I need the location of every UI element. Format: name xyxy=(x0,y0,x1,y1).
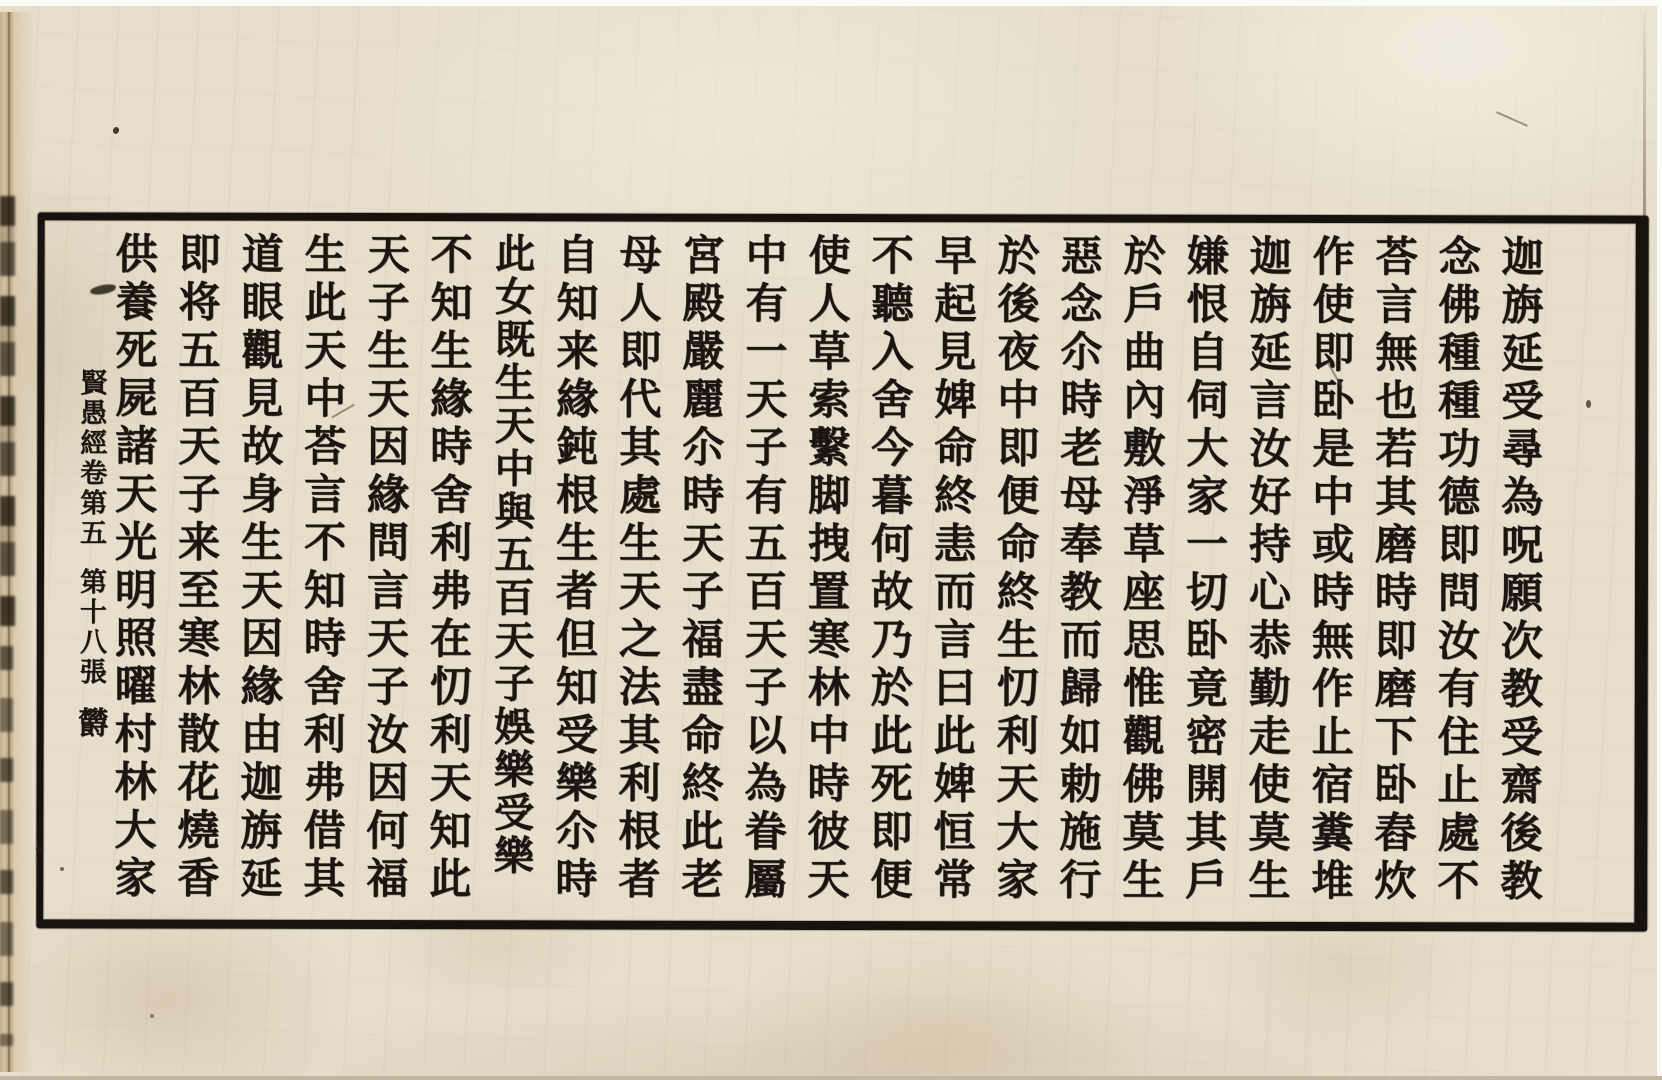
ink-speck xyxy=(150,1014,154,1018)
text-column-4: 作使即卧是中或時無作止宿糞堆 xyxy=(1298,234,1362,909)
text-column-20: 生此天中荅言不知時舍利弗借其 xyxy=(290,232,354,907)
text-column-2: 念佛種種功德即問汝有住止處不 xyxy=(1424,234,1488,909)
text-column-5: 迦旃延言汝好持心恭勤走使莫生 xyxy=(1235,234,1299,909)
text-column-21: 道眼觀見故身生天因緣由迦旃延 xyxy=(227,232,291,907)
text-column-15: 母人即代其處生天之法其利根者 xyxy=(605,233,669,908)
paper-sheet: 迦旃延受尋為呪願次教受齋後教 念佛種種功德即問汝有住止處不 荅言無也若其磨時即磨… xyxy=(0,6,1657,1076)
text-column-6: 嫌恨自伺大家一切卧竟密開其戶 xyxy=(1172,234,1236,909)
scan-edge-top xyxy=(0,0,1662,6)
text-column-3: 荅言無也若其磨時即磨下卧舂炊 xyxy=(1361,234,1425,909)
text-column-9: 於後夜中即便命終生忉利天大家 xyxy=(983,233,1047,908)
colophon-sheet-number: 第十八張 xyxy=(75,567,106,687)
text-column-14: 宮殿嚴麗尒時天子福盡命終此老 xyxy=(668,233,732,908)
ink-speck xyxy=(1586,400,1591,408)
text-column-1: 迦旃延受尋為呪願次教受齋後教 xyxy=(1487,234,1551,909)
colophon-case-mark: 欝 xyxy=(72,706,108,737)
text-column-18: 不知生緣時舍利弗在忉利天知此 xyxy=(416,232,480,907)
text-column-7: 於戶曲內敷淨草座思惟觀佛莫生 xyxy=(1109,234,1173,909)
ink-speck xyxy=(36,846,42,852)
colophon-title: 賢愚經卷第五 xyxy=(75,368,106,548)
text-column-19: 天子生天因緣問言天子汝因何福 xyxy=(353,232,417,907)
sutra-text-block: 迦旃延受尋為呪願次教受齋後教 念佛種種功德即問汝有住止處不 荅言無也若其磨時即磨… xyxy=(98,231,1551,909)
text-column-13: 中有一天子有五百天子以為眷屬 xyxy=(731,233,795,908)
adjacent-page-ink-bleed xyxy=(0,646,13,1046)
paper-fiber xyxy=(1496,111,1528,126)
scanned-sutra-page: { "document": { "text_columns": [ "迦旃延受尋… xyxy=(0,0,1662,1080)
ink-speck xyxy=(60,867,64,871)
colophon-column: 賢愚經卷第五 第十八張 欝 xyxy=(67,368,112,928)
ink-speck xyxy=(112,126,120,135)
text-column-17: 此女既生天中與五百天子娛樂受樂 xyxy=(479,232,543,907)
right-fold-crease xyxy=(1643,12,1646,217)
text-frame-border: 迦旃延受尋為呪願次教受齋後教 念佛種種功德即問汝有住止處不 荅言無也若其磨時即磨… xyxy=(36,212,1648,931)
text-column-16: 自知来緣鈍根生者但知受樂尒時 xyxy=(542,232,606,907)
text-column-10: 早起見婢命終恚而言曰此婢恒常 xyxy=(920,233,984,908)
scan-edge-bottom xyxy=(0,1076,1662,1080)
adjacent-page-ink-bleed xyxy=(0,196,15,626)
text-column-22: 即将五百天子来至寒林散花燒香 xyxy=(164,232,228,907)
text-column-8: 惡念尒時老母奉教而歸如勅施行 xyxy=(1046,233,1110,908)
scan-edge-right xyxy=(1657,0,1662,1080)
text-column-11: 不聽入舍今暮何故乃於此死即便 xyxy=(857,233,921,908)
text-column-12: 使人草索繫脚拽置寒林中時彼天 xyxy=(794,233,858,908)
